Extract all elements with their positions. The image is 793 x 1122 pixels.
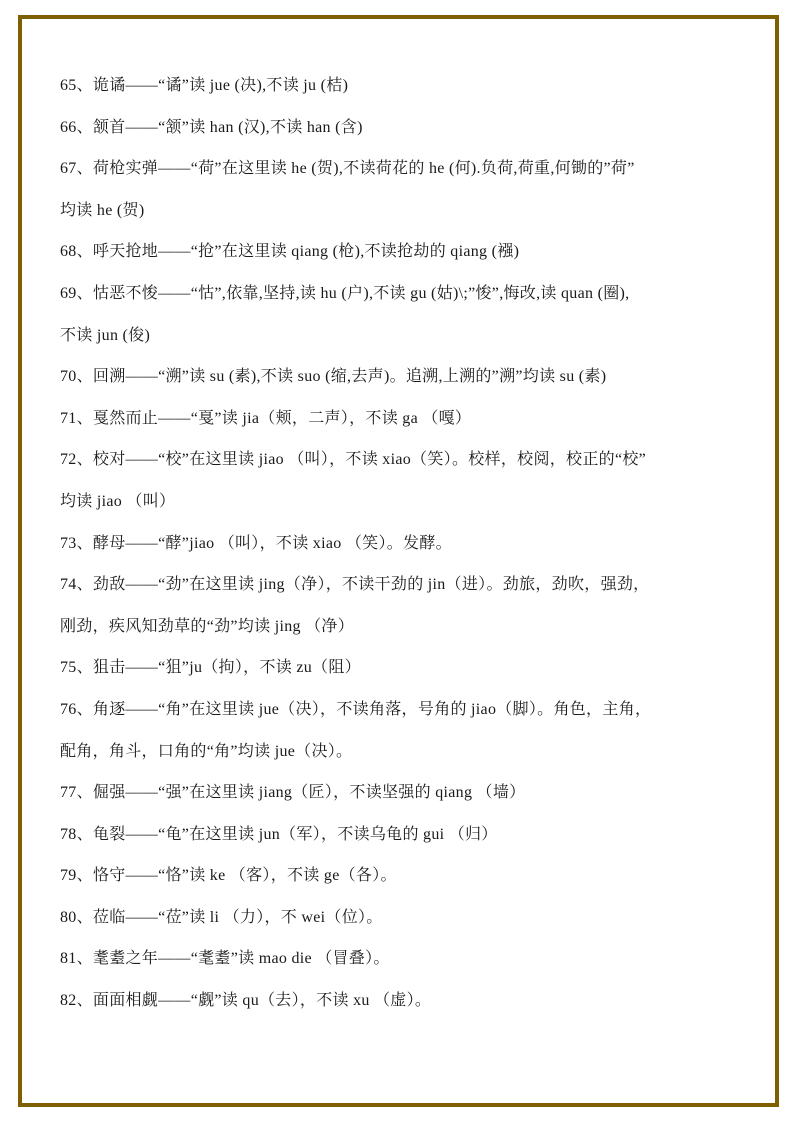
- entry-69-continued: 不读 jun (俊): [60, 320, 740, 362]
- entry-75: 75、狙击——“狙”ju（拘），不读 zu（阻）: [60, 652, 740, 694]
- document-body: 65、诡谲——“谲”读 jue (决),不读 ju (桔) 66、颔首——“颔”…: [60, 70, 740, 1027]
- entry-81: 81、耄耋之年——“耄耋”读 mao die （冒叠）。: [60, 943, 740, 985]
- entry-70: 70、回溯——“溯”读 su (素),不读 suo (缩,去声)。追溯,上溯的”…: [60, 361, 740, 403]
- entry-76-continued: 配角，角斗，口角的“角”均读 jue（决）。: [60, 736, 740, 778]
- entry-66: 66、颔首——“颔”读 han (汉),不读 han (含): [60, 112, 740, 154]
- entry-67: 67、荷枪实弹——“荷”在这里读 he (贺),不读荷花的 he (何).负荷,…: [60, 153, 740, 195]
- entry-65: 65、诡谲——“谲”读 jue (决),不读 ju (桔): [60, 70, 740, 112]
- entry-82: 82、面面相觑——“觑”读 qu（去），不读 xu （虚）。: [60, 985, 740, 1027]
- entry-74: 74、劲敌——“劲”在这里读 jing（净），不读干劲的 jin（进）。劲旅，劲…: [60, 569, 740, 611]
- entry-71: 71、戛然而止——“戛”读 jia（颊，二声），不读 ga （嘎）: [60, 403, 740, 445]
- entry-79: 79、恪守——“恪”读 ke （客），不读 ge（各）。: [60, 860, 740, 902]
- entry-80: 80、莅临——“莅”读 li （力），不 wei（位）。: [60, 902, 740, 944]
- entry-77: 77、倔强——“强”在这里读 jiang（匠），不读坚强的 qiang （墙）: [60, 777, 740, 819]
- entry-68: 68、呼天抢地——“抢”在这里读 qiang (枪),不读抢劫的 qiang (…: [60, 236, 740, 278]
- entry-78: 78、龟裂——“龟”在这里读 jun（军），不读乌龟的 gui （归）: [60, 819, 740, 861]
- entry-72-continued: 均读 jiao （叫）: [60, 486, 740, 528]
- entry-67-continued: 均读 he (贺): [60, 195, 740, 237]
- entry-76: 76、角逐——“角”在这里读 jue（决），不读角落，号角的 jiao（脚）。角…: [60, 694, 740, 736]
- entry-69: 69、怙恶不悛——“怙”,依靠,坚持,读 hu (户),不读 gu (姑)\;”…: [60, 278, 740, 320]
- entry-74-continued: 刚劲，疾风知劲草的“劲”均读 jing （净）: [60, 611, 740, 653]
- entry-72: 72、校对——“校”在这里读 jiao （叫），不读 xiao（笑）。校样，校阅…: [60, 444, 740, 486]
- entry-73: 73、酵母——“酵”jiao （叫），不读 xiao （笑）。发酵。: [60, 528, 740, 570]
